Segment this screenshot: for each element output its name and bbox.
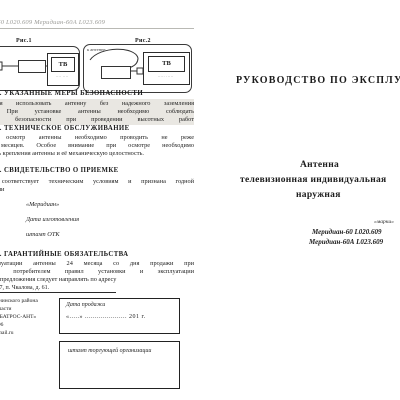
trade-stamp-label: штамп торгующей организации [68,348,179,354]
acceptance-field-qc-stamp: штамп ОТК [26,231,60,238]
antenna-plug-icon [0,62,2,70]
service-line: ность крепления антенны и её механическу… [0,150,194,158]
acceptance-line: атации [0,186,194,194]
mark-label: «марки» [374,219,394,225]
warranty-line: ении потребителем правил установки и экс… [0,268,194,276]
sale-date-label: Дата продажи [66,302,179,308]
fig1-tv-label: ТВ [51,57,75,72]
section-heading-warranty: 7. ГАРАНТИЙНЫЕ ОБЯЗАТЕЛЬСТВА [0,251,128,258]
acceptance-line: на соответствует техническим условиям и … [0,178,194,186]
section-heading-acceptance: 6. СВИДЕТЕЛЬСТВО О ПРИЕМКЕ [0,167,119,174]
product-name-line: телевизионная индивидуальная [240,175,387,185]
safety-line: у. При установке антенны необходимо собл… [0,108,194,116]
fig2-component-box: ······ [101,66,131,79]
section-heading-safety: 4. УКАЗАННЫЕ МЕРЫ БЕЗОПАСНОСТИ [0,90,143,97]
scanned-manual-page: { "left": { "header": "ан-60 L020.609 Ме… [0,0,400,400]
warranty-address: 415 17, п. Чкалова, д. 61. [0,285,116,293]
section-heading-service: 5. ТЕХНИЧЕСКОЕ ОБСЛУЖИВАНИЕ [0,125,130,132]
safety-paragraph: зается использовать антенну без надежног… [0,99,194,125]
service-line: в месяцев. Особое внимание при осмотре н… [0,142,194,150]
model-name-line: Меридиан-60 L020.609 [312,228,381,236]
fig2-component-label: ······ [111,77,121,79]
acceptance-field-model: «Меридиан» [26,201,59,208]
trade-stamp-box: штамп торгующей организации [59,341,180,389]
safety-line: зается использовать антенну без надежног… [0,100,194,108]
fig2-tv-label: ТВ [148,56,185,72]
manual-title: РУКОВОДСТВО ПО ЭКСПЛУАТАЦИИ [236,75,400,86]
fig2-tv-caption: ····· ····· [145,74,186,79]
product-name-line: наружная [296,190,341,200]
running-header-models: ан-60 L020.609 Меридиан-60А L023.609 [0,19,194,29]
fig1-component-label: ······ [27,71,37,73]
sale-date-fill-line: «.....» ..................... 201 г. [66,314,179,320]
warranty-line: эксплуатации антенны 24 месяца со дня пр… [0,260,194,268]
safety-line: меры безопасности при проведении высотны… [0,116,194,124]
service-paragraph: ий осмотр антенны необходимо проводить н… [0,134,194,158]
warranty-paragraph: эксплуатации антенны 24 месяца со дня пр… [0,260,194,284]
acceptance-paragraph: на соответствует техническим условиям и … [0,178,194,194]
fig2-to-antenna-label: к антенне [87,47,106,52]
model-name-line: Меридиан-60А L023.609 [309,238,383,246]
warranty-line: бы и предложения следует направлять по а… [0,276,194,284]
acceptance-field-manufacture-date: Дата изготовления [26,216,79,223]
fig1-tv-caption: ···· ···· [48,74,76,79]
sale-date-box: Дата продажи «.....» ...................… [59,298,180,334]
service-line: ий осмотр антенны необходимо проводить н… [0,134,194,142]
fig1-component-box: ······ [18,60,46,73]
product-name-line: Антенна [300,160,339,170]
